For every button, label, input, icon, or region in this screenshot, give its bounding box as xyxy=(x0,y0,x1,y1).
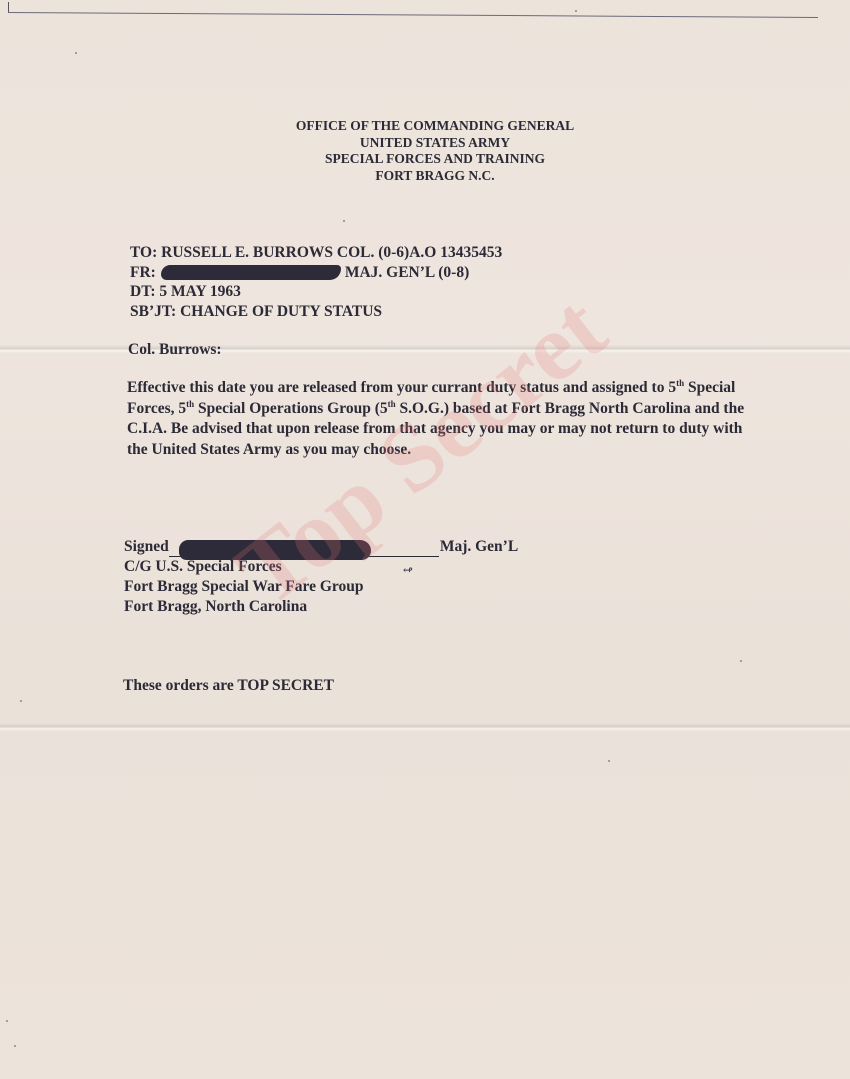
speck xyxy=(20,700,22,702)
redaction-mark xyxy=(179,540,371,560)
memo-header: TO: RUSSELL E. BURROWS COL. (0-6)A.O 134… xyxy=(130,243,502,321)
letterhead-line: FORT BRAGG N.C. xyxy=(0,168,850,185)
speck xyxy=(343,220,345,222)
signed-label: Signed xyxy=(124,537,169,557)
signature-scribble-icon: ↫ xyxy=(403,560,413,580)
signature-line: Signed↫Maj. Gen’L xyxy=(124,537,518,557)
speck xyxy=(75,52,77,54)
body-text: Effective this date you are released fro… xyxy=(127,379,676,396)
signature-unit: Fort Bragg Special War Fare Group xyxy=(124,577,518,597)
letterhead-line: SPECIAL FORCES AND TRAINING xyxy=(0,151,850,168)
salutation: Col. Burrows: xyxy=(128,341,222,359)
top-rule xyxy=(8,12,818,18)
speck xyxy=(14,1045,16,1047)
body-text: Special Operations Group (5 xyxy=(194,400,387,417)
subject-line: SB’JT: CHANGE OF DUTY STATUS xyxy=(130,302,502,322)
classification-note: These orders are TOP SECRET xyxy=(123,677,334,695)
superscript: th xyxy=(388,398,396,408)
signature-rank: Maj. Gen’L xyxy=(440,537,518,557)
document-page: OFFICE OF THE COMMANDING GENERAL UNITED … xyxy=(0,0,850,1079)
from-line: FR:MAJ. GEN’L (0-8) xyxy=(130,263,502,283)
body-paragraph: Effective this date you are released fro… xyxy=(127,378,747,460)
signature-title: C/G U.S. Special Forces xyxy=(124,557,518,577)
superscript: th xyxy=(186,398,194,408)
signature-block: Signed↫Maj. Gen’L C/G U.S. Special Force… xyxy=(124,537,518,617)
redaction-mark xyxy=(161,265,341,280)
letterhead-line: UNITED STATES ARMY xyxy=(0,135,850,152)
signature-location: Fort Bragg, North Carolina xyxy=(124,597,518,617)
speck xyxy=(575,10,577,12)
speck xyxy=(6,1020,8,1022)
speck xyxy=(740,660,742,662)
from-rank: MAJ. GEN’L (0-8) xyxy=(345,264,469,281)
speck xyxy=(608,760,610,762)
letterhead: OFFICE OF THE COMMANDING GENERAL UNITED … xyxy=(0,118,850,184)
signature-blank: ↫ xyxy=(169,540,439,557)
superscript: th xyxy=(676,378,684,388)
paper-fold xyxy=(0,723,850,731)
from-label: FR: xyxy=(130,264,156,281)
date-line: DT: 5 MAY 1963 xyxy=(130,282,502,302)
to-line: TO: RUSSELL E. BURROWS COL. (0-6)A.O 134… xyxy=(130,243,502,263)
letterhead-line: OFFICE OF THE COMMANDING GENERAL xyxy=(0,118,850,135)
